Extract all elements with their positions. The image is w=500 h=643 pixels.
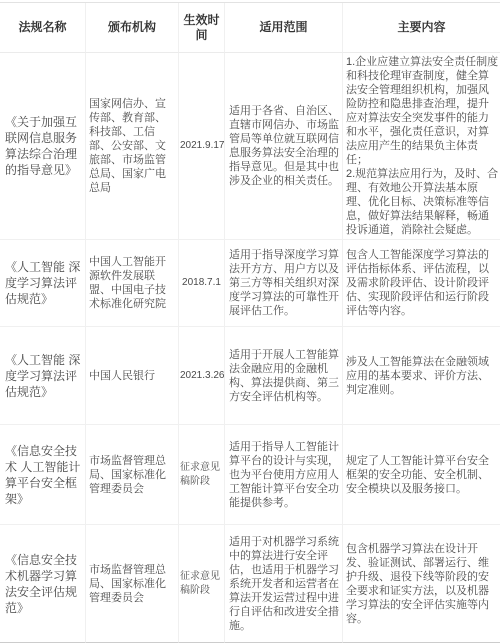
regulation-name-cell: 《信息安全技术机器学习算法安全评估规范》 [0,525,86,643]
effective-date-cell: 征求意见稿阶段 [179,525,225,643]
content-cell: 1.企业应建立算法安全责任制度和科技伦理审查制度，健全算法安全管理组织机构，加强… [343,53,500,240]
scope-cell-text: 适用于各省、自治区、直辖市网信办、市场监管局等单位就互联网信息服务算法安全治理的… [229,104,339,188]
scope-cell-text: 适用于对机器学习系统中的算法进行安全评估，也适用于机器学习系统开发者和运营者在算… [229,535,339,633]
effective-date-cell-text: 2018.7.1 [182,276,221,290]
scope-cell: 适用于对机器学习系统中的算法进行安全评估，也适用于机器学习系统开发者和运营者在算… [225,525,343,643]
page: 法规名称 颁布机构 生效时间 适用范围 主要内容 《关于加强互联网信息服务算法综… [0,0,500,643]
effective-date-cell: 2021.9.17 [179,53,225,240]
effective-date-cell-text: 征求意见稿阶段 [180,461,223,489]
agency-cell-text: 中国人工智能开源软件发展联盟、中国电子技术标准化研究院 [89,255,176,311]
regulations-table: 法规名称 颁布机构 生效时间 适用范围 主要内容 《关于加强互联网信息服务算法综… [0,2,500,643]
content-cell-text: 1.企业应建立算法安全责任制度和科技伦理审查制度，健全算法安全管理组织机构，加强… [346,55,499,237]
content-cell-text: 规定了人工智能计算平台安全框架的安全功能、安全机制、安全模块以及服务接口。 [346,454,499,496]
scope-cell-text: 适用于指导深度学习算法开方方、用户方以及第三方等相关组织对深度学习算法的可靠性开… [229,248,339,318]
regulation-name-cell: 《人工智能 深度学习算法评估规范》 [0,327,86,425]
scope-cell: 适用于开展人工智能算法金融应用的金融机构、算法提供商、第三方安全评估机构等。 [225,327,343,425]
column-header-agency: 颁布机构 [86,3,179,53]
agency-cell: 市场监督管理总局、国家标准化管理委员会 [86,425,179,525]
regulation-name-cell: 《关于加强互联网信息服务算法综合治理的指导意见》 [0,53,86,240]
regulation-name-cell-text: 《信息安全技术 人工智能计算平台安全框架》 [5,443,82,507]
table-row: 《关于加强互联网信息服务算法综合治理的指导意见》国家网信办、宣传部、教育部、科技… [0,53,500,240]
scope-cell-text: 适用于开展人工智能算法金融应用的金融机构、算法提供商、第三方安全评估机构等。 [229,348,339,404]
scope-cell: 适用于指导深度学习算法开方方、用户方以及第三方等相关组织对深度学习算法的可靠性开… [225,240,343,327]
table-row: 《信息安全技术机器学习算法安全评估规范》市场监督管理总局、国家标准化管理委员会征… [0,525,500,643]
agency-cell-text: 市场监督管理总局、国家标准化管理委员会 [89,454,176,496]
regulation-name-cell: 《人工智能 深度学习算法评估规范》 [0,240,86,327]
column-header-main-content: 主要内容 [343,3,500,53]
content-cell-text: 包含机器学习算法在设计开发、验证测试、部署运行、维护升级、退役下线等阶段的安全要… [346,542,499,626]
content-cell: 规定了人工智能计算平台安全框架的安全功能、安全机制、安全模块以及服务接口。 [343,425,500,525]
regulation-name-cell-text: 《人工智能 深度学习算法评估规范》 [5,352,82,400]
agency-cell-text: 国家网信办、宣传部、教育部、科技部、工信部、公安部、文旅部、市场监管总局、国家广… [89,97,176,195]
table-body: 《关于加强互联网信息服务算法综合治理的指导意见》国家网信办、宣传部、教育部、科技… [0,53,500,643]
column-header-scope: 适用范围 [225,3,343,53]
agency-cell: 中国人民银行 [86,327,179,425]
content-cell-text: 包含人工智能深度学习算法的评估指标体系、评估流程，以及需求阶段评估、设计阶段评估… [346,248,499,318]
agency-cell: 中国人工智能开源软件发展联盟、中国电子技术标准化研究院 [86,240,179,327]
column-header-regulation-name: 法规名称 [0,3,86,53]
header-row: 法规名称 颁布机构 生效时间 适用范围 主要内容 [0,3,500,53]
regulation-name-cell-text: 《关于加强互联网信息服务算法综合治理的指导意见》 [5,114,82,178]
agency-cell: 国家网信办、宣传部、教育部、科技部、工信部、公安部、文旅部、市场监管总局、国家广… [86,53,179,240]
content-cell: 涉及人工智能算法在金融领域应用的基本要求、评价方法、判定准则。 [343,327,500,425]
agency-cell-text: 市场监督管理总局、国家标准化管理委员会 [89,563,176,605]
table-row: 《信息安全技术 人工智能计算平台安全框架》市场监督管理总局、国家标准化管理委员会… [0,425,500,525]
column-header-effective-date: 生效时间 [179,3,225,53]
table-header: 法规名称 颁布机构 生效时间 适用范围 主要内容 [0,3,500,53]
agency-cell-text: 中国人民银行 [89,369,176,383]
content-cell: 包含人工智能深度学习算法的评估指标体系、评估流程，以及需求阶段评估、设计阶段评估… [343,240,500,327]
effective-date-cell: 征求意见稿阶段 [179,425,225,525]
effective-date-cell-text: 征求意见稿阶段 [180,570,223,598]
effective-date-cell: 2021.3.26 [179,327,225,425]
regulation-name-cell-text: 《信息安全技术机器学习算法安全评估规范》 [5,552,82,616]
scope-cell-text: 适用于指导人工智能计算平台的设计与实现，也为平台使用方应用人工智能计算平台安全功… [229,440,339,510]
effective-date-cell-text: 2021.3.26 [180,369,225,383]
table-row: 《人工智能 深度学习算法评估规范》中国人工智能开源软件发展联盟、中国电子技术标准… [0,240,500,327]
scope-cell: 适用于各省、自治区、直辖市网信办、市场监管局等单位就互联网信息服务算法安全治理的… [225,53,343,240]
agency-cell: 市场监督管理总局、国家标准化管理委员会 [86,525,179,643]
effective-date-cell-text: 2021.9.17 [180,139,225,153]
content-cell-text: 涉及人工智能算法在金融领域应用的基本要求、评价方法、判定准则。 [346,355,499,397]
scope-cell: 适用于指导人工智能计算平台的设计与实现，也为平台使用方应用人工智能计算平台安全功… [225,425,343,525]
regulation-name-cell: 《信息安全技术 人工智能计算平台安全框架》 [0,425,86,525]
table-row: 《人工智能 深度学习算法评估规范》中国人民银行2021.3.26适用于开展人工智… [0,327,500,425]
regulation-name-cell-text: 《人工智能 深度学习算法评估规范》 [5,259,82,307]
content-cell: 包含机器学习算法在设计开发、验证测试、部署运行、维护升级、退役下线等阶段的安全要… [343,525,500,643]
effective-date-cell: 2018.7.1 [179,240,225,327]
